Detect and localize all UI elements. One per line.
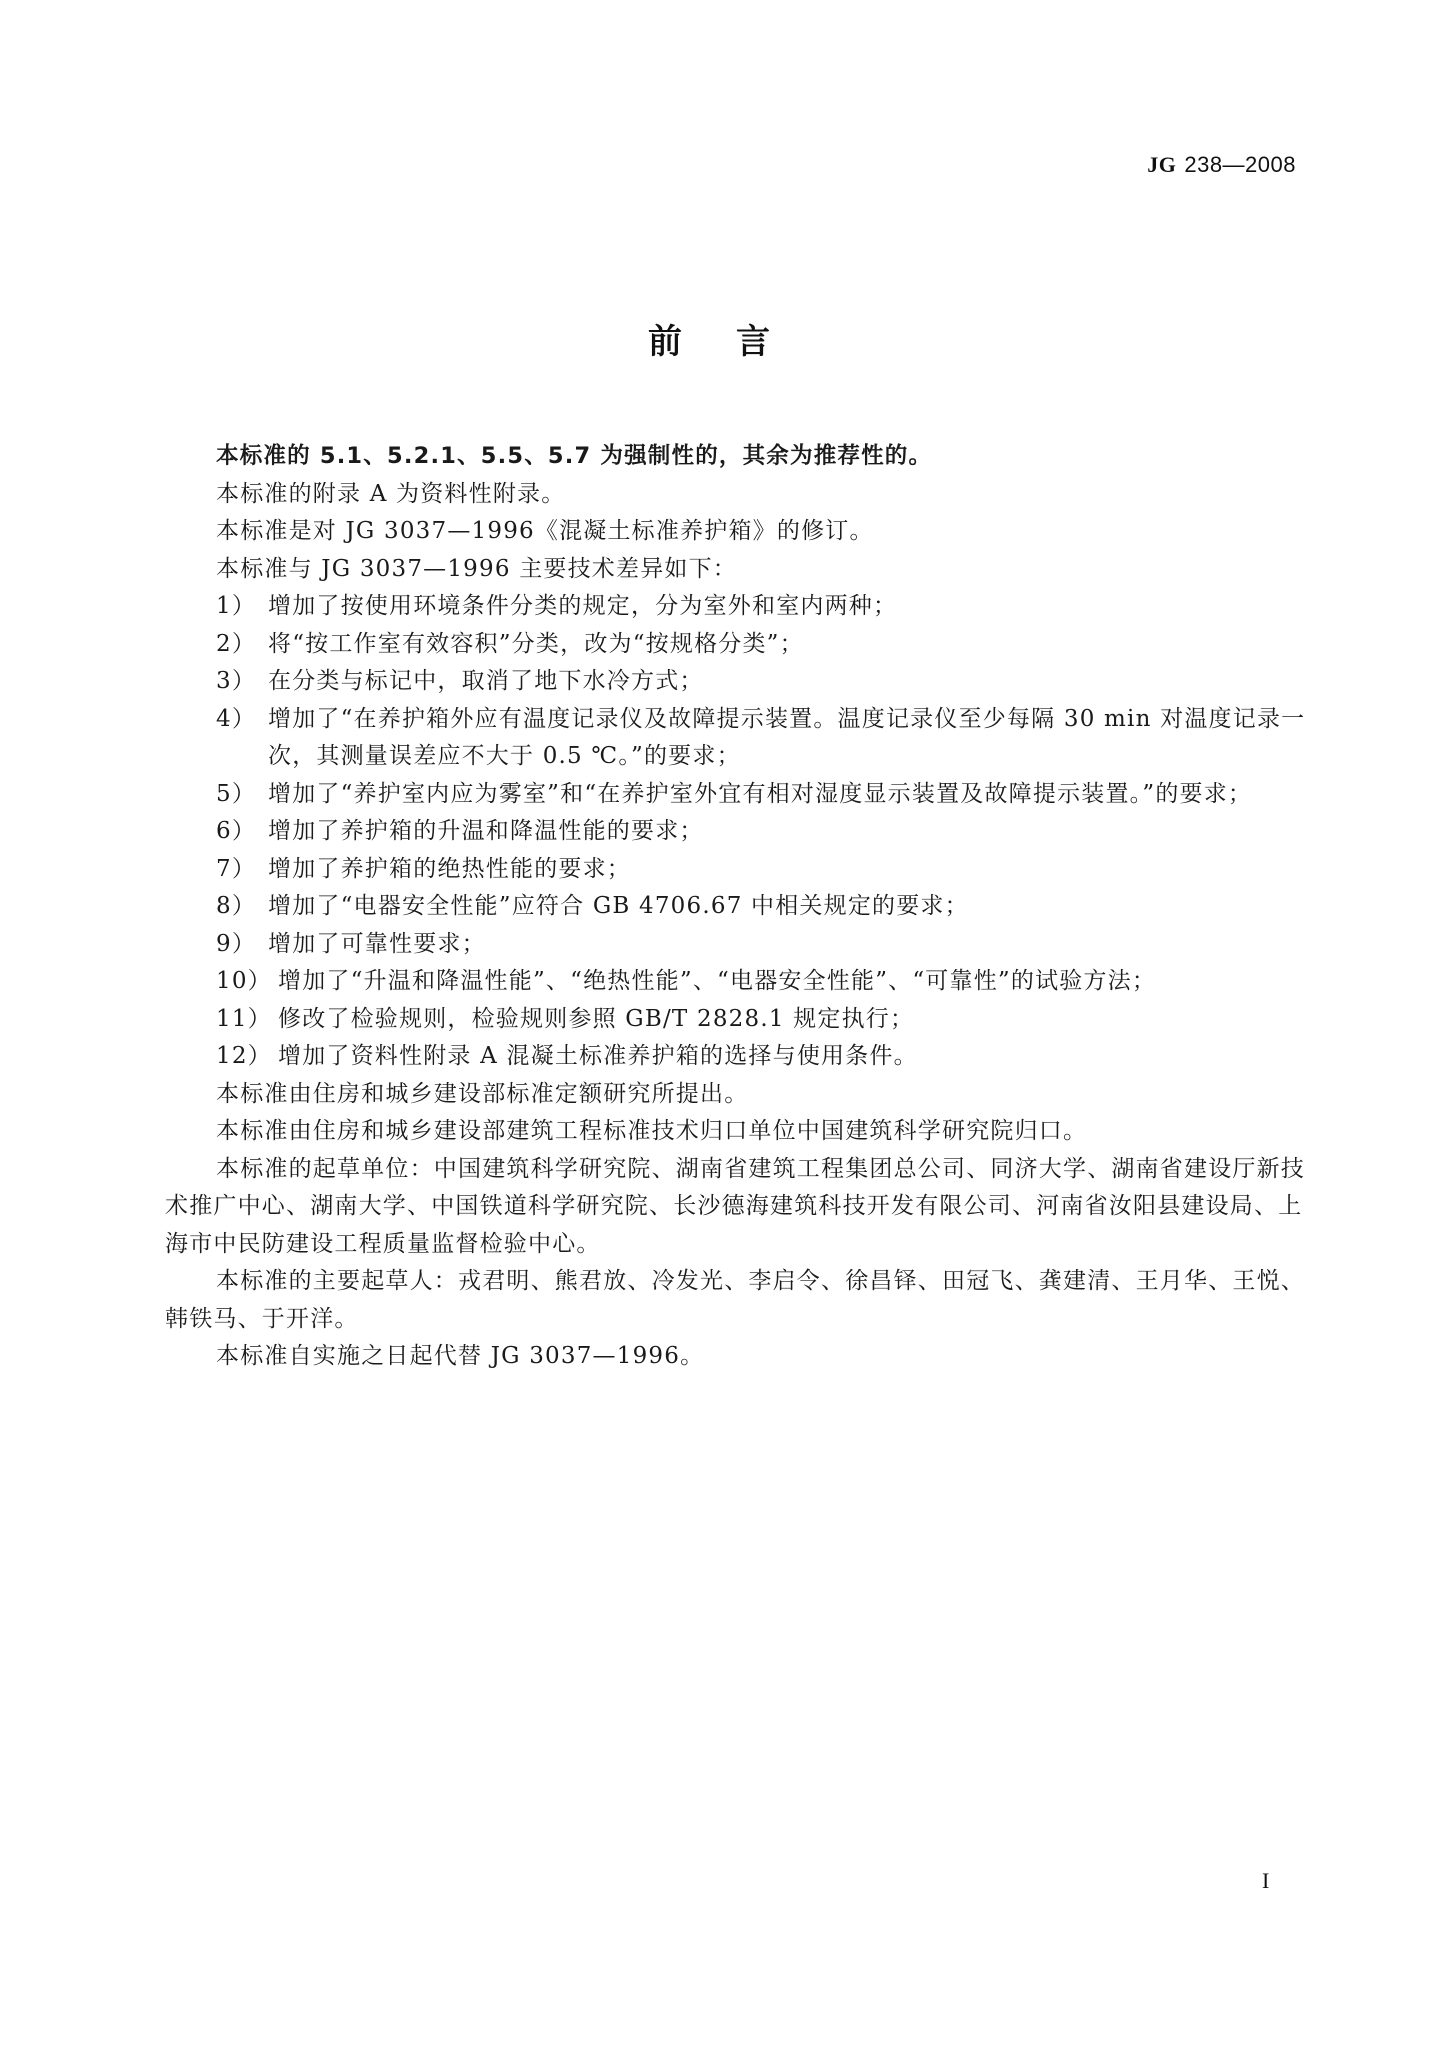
main-drafters: 本标准的主要起草人：戎君明、熊君放、冷发光、李启令、徐昌铎、田冠飞、龚建清、王月… [165, 1263, 1313, 1338]
standard-number: 238—2008 [1184, 152, 1296, 177]
standard-prefix: JG [1147, 152, 1176, 177]
change-text: 增加了按使用环境条件分类的规定，分为室外和室内两种； [216, 588, 1313, 626]
change-text: 增加了“升温和降温性能”、“绝热性能”、“电器安全性能”、“可靠性”的试验方法； [216, 963, 1313, 1001]
change-number: 11） [216, 1001, 268, 1039]
change-item: 5） 增加了“养护室内应为雾室”和“在养护室外宜有相对湿度显示装置及故障提示装置… [165, 776, 1313, 814]
change-text: 将“按工作室有效容积”分类，改为“按规格分类”； [216, 626, 1313, 664]
change-text: 增加了养护箱的升温和降温性能的要求； [216, 813, 1313, 851]
mandatory-clause: 本标准的 5.1、5.2.1、5.5、5.7 为强制性的，其余为推荐性的。 [165, 438, 1313, 476]
change-item: 6） 增加了养护箱的升温和降温性能的要求； [165, 813, 1313, 851]
page-title: 前言 [0, 314, 1448, 363]
page-number: I [1262, 1868, 1269, 1894]
change-text: 增加了“养护室内应为雾室”和“在养护室外宜有相对湿度显示装置及故障提示装置。”的… [216, 776, 1313, 814]
change-item: 11） 修改了检验规则，检验规则参照 GB/T 2828.1 规定执行； [165, 1001, 1313, 1039]
change-number: 3） [216, 663, 268, 701]
change-number: 6） [216, 813, 268, 851]
change-text: 在分类与标记中，取消了地下水冷方式； [216, 663, 1313, 701]
change-text: 增加了可靠性要求； [216, 926, 1313, 964]
appendix-note: 本标准的附录 A 为资料性附录。 [165, 476, 1313, 514]
change-text: 增加了“电器安全性能”应符合 GB 4706.67 中相关规定的要求； [216, 888, 1313, 926]
change-item: 9） 增加了可靠性要求； [165, 926, 1313, 964]
diff-intro: 本标准与 JG 3037—1996 主要技术差异如下： [165, 551, 1313, 589]
change-item: 7） 增加了养护箱的绝热性能的要求； [165, 851, 1313, 889]
change-text: 增加了“在养护箱外应有温度记录仪及故障提示装置。温度记录仪至少每隔 30 min… [216, 701, 1313, 776]
change-item: 12） 增加了资料性附录 A 混凝土标准养护箱的选择与使用条件。 [165, 1038, 1313, 1076]
change-number: 10） [216, 963, 268, 1001]
change-item: 1） 增加了按使用环境条件分类的规定，分为室外和室内两种； [165, 588, 1313, 626]
change-item: 3） 在分类与标记中，取消了地下水冷方式； [165, 663, 1313, 701]
change-number: 4） [216, 701, 268, 739]
change-number: 8） [216, 888, 268, 926]
centralized-unit-statement: 本标准由住房和城乡建设部建筑工程标准技术归口单位中国建筑科学研究院归口。 [165, 1113, 1313, 1151]
change-number: 9） [216, 926, 268, 964]
standard-code: JG238—2008 [1147, 152, 1296, 178]
drafting-units: 本标准的起草单位：中国建筑科学研究院、湖南省建筑工程集团总公司、同济大学、湖南省… [165, 1151, 1313, 1264]
replacement-statement: 本标准自实施之日起代替 JG 3037—1996。 [165, 1338, 1313, 1376]
foreword-body: 本标准的 5.1、5.2.1、5.5、5.7 为强制性的，其余为推荐性的。 本标… [165, 438, 1313, 1376]
change-text: 修改了检验规则，检验规则参照 GB/T 2828.1 规定执行； [216, 1001, 1313, 1039]
change-number: 12） [216, 1038, 268, 1076]
change-item: 10） 增加了“升温和降温性能”、“绝热性能”、“电器安全性能”、“可靠性”的试… [165, 963, 1313, 1001]
change-text: 增加了资料性附录 A 混凝土标准养护箱的选择与使用条件。 [216, 1038, 1313, 1076]
change-item: 8） 增加了“电器安全性能”应符合 GB 4706.67 中相关规定的要求； [165, 888, 1313, 926]
change-number: 1） [216, 588, 268, 626]
change-number: 7） [216, 851, 268, 889]
change-item: 2） 将“按工作室有效容积”分类，改为“按规格分类”； [165, 626, 1313, 664]
change-text: 增加了养护箱的绝热性能的要求； [216, 851, 1313, 889]
change-item: 4） 增加了“在养护箱外应有温度记录仪及故障提示装置。温度记录仪至少每隔 30 … [165, 701, 1313, 776]
change-number: 5） [216, 776, 268, 814]
revision-note: 本标准是对 JG 3037—1996《混凝土标准养护箱》的修订。 [165, 513, 1313, 551]
change-number: 2） [216, 626, 268, 664]
proposer-statement: 本标准由住房和城乡建设部标准定额研究所提出。 [165, 1076, 1313, 1114]
